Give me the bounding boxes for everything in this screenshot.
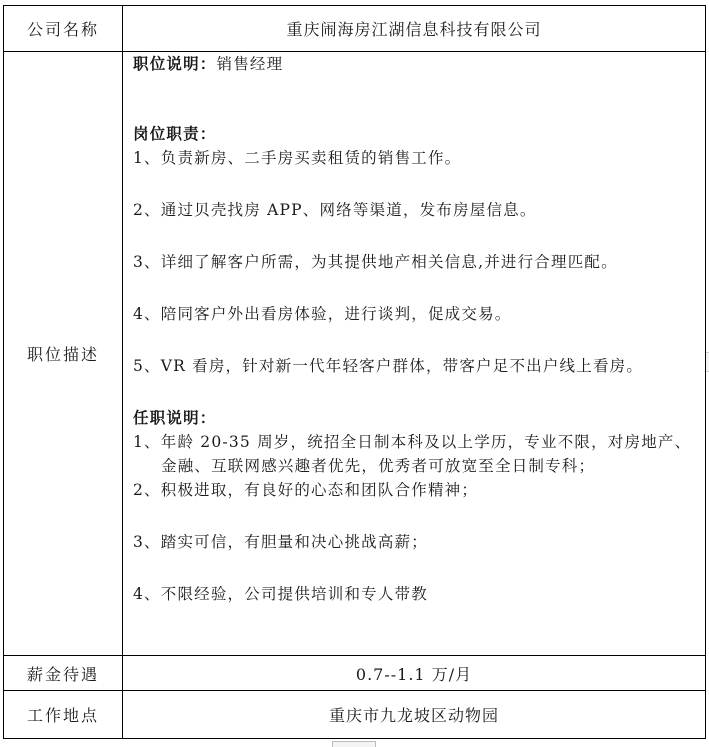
position-title: 销售经理 bbox=[217, 55, 284, 73]
duty-item: 3、详细了解客户所需，为其提供地产相关信息,并进行合理匹配。 bbox=[133, 250, 695, 274]
bottom-scroll-handle[interactable] bbox=[332, 741, 376, 747]
duty-item: 1、负责新房、二手房买卖租赁的销售工作。 bbox=[133, 146, 695, 170]
description-label: 职位描述 bbox=[4, 52, 123, 656]
location-row: 工作地点 重庆市九龙坡区动物园 bbox=[4, 691, 706, 739]
requirement-item: 2、积极进取，有良好的心态和团队合作精神； bbox=[133, 478, 695, 502]
salary-label: 薪金待遇 bbox=[4, 656, 123, 691]
location-label: 工作地点 bbox=[4, 691, 123, 739]
duty-item: 4、陪同客户外出看房体验，进行谈判，促成交易。 bbox=[133, 302, 695, 326]
requirements-heading: 任职说明： bbox=[133, 406, 695, 430]
job-description-table: 公司名称 重庆闹海房江湖信息科技有限公司 职位描述 职位说明：销售经理 岗位职责… bbox=[3, 5, 706, 739]
company-name: 重庆闹海房江湖信息科技有限公司 bbox=[123, 6, 706, 52]
requirement-item: 4、不限经验，公司提供培训和专人带教 bbox=[133, 582, 695, 606]
description-content: 职位说明：销售经理 岗位职责： 1、负责新房、二手房买卖租赁的销售工作。 2、通… bbox=[123, 52, 706, 656]
description-row: 职位描述 职位说明：销售经理 岗位职责： 1、负责新房、二手房买卖租赁的销售工作… bbox=[4, 52, 706, 656]
requirement-item: 1、年龄 20-35 周岁，统招全日制本科及以上学历，专业不限，对房地产、金融、… bbox=[133, 430, 695, 478]
company-label: 公司名称 bbox=[4, 6, 123, 52]
location-value: 重庆市九龙坡区动物园 bbox=[123, 691, 706, 739]
salary-value: 0.7--1.1 万/月 bbox=[123, 656, 706, 691]
duties-heading: 岗位职责： bbox=[133, 122, 695, 146]
requirement-item: 3、踏实可信，有胆量和决心挑战高薪； bbox=[133, 530, 695, 554]
salary-row: 薪金待遇 0.7--1.1 万/月 bbox=[4, 656, 706, 691]
duty-item: 5、VR 看房，针对新一代年轻客户群体，带客户足不出户线上看房。 bbox=[133, 354, 695, 378]
position-heading: 职位说明： bbox=[133, 54, 217, 73]
position-line: 职位说明：销售经理 bbox=[133, 52, 695, 76]
duty-item: 2、通过贝壳找房 APP、网络等渠道，发布房屋信息。 bbox=[133, 198, 695, 222]
company-row: 公司名称 重庆闹海房江湖信息科技有限公司 bbox=[4, 6, 706, 52]
